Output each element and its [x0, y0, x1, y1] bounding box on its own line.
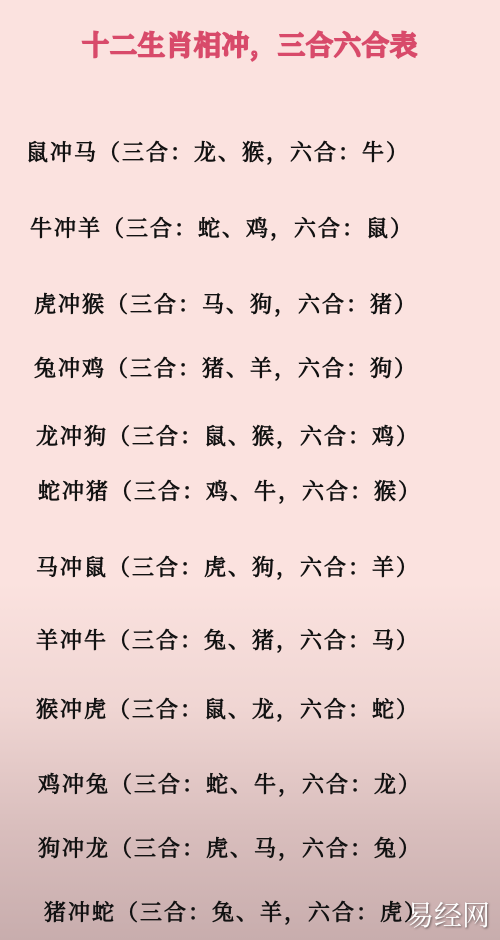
zodiac-row-ox: 牛冲羊（三合：蛇、鸡，六合：鼠） — [30, 212, 500, 243]
zodiac-row-rooster: 鸡冲兔（三合：蛇、牛，六合：龙） — [38, 768, 500, 799]
zodiac-row-monkey: 猴冲虎（三合：鼠、龙，六合：蛇） — [36, 693, 500, 724]
zodiac-row-tiger: 虎冲猴（三合：马、狗，六合：猪） — [34, 288, 500, 319]
zodiac-row-dragon: 龙冲狗（三合：鼠、猴，六合：鸡） — [36, 420, 500, 451]
zodiac-row-horse: 马冲鼠（三合：虎、狗，六合：羊） — [36, 551, 500, 582]
page-title: 十二生肖相冲，三合六合表 — [0, 24, 500, 63]
zodiac-row-rat: 鼠冲马（三合：龙、猴，六合：牛） — [26, 136, 500, 167]
watermark-logo: 易经网 — [406, 894, 490, 934]
zodiac-row-rabbit: 兔冲鸡（三合：猪、羊，六合：狗） — [34, 352, 500, 383]
zodiac-row-goat: 羊冲牛（三合：兔、猪，六合：马） — [36, 624, 500, 655]
zodiac-row-snake: 蛇冲猪（三合：鸡、牛，六合：猴） — [38, 475, 500, 506]
zodiac-row-dog: 狗冲龙（三合：虎、马，六合：兔） — [38, 832, 500, 863]
